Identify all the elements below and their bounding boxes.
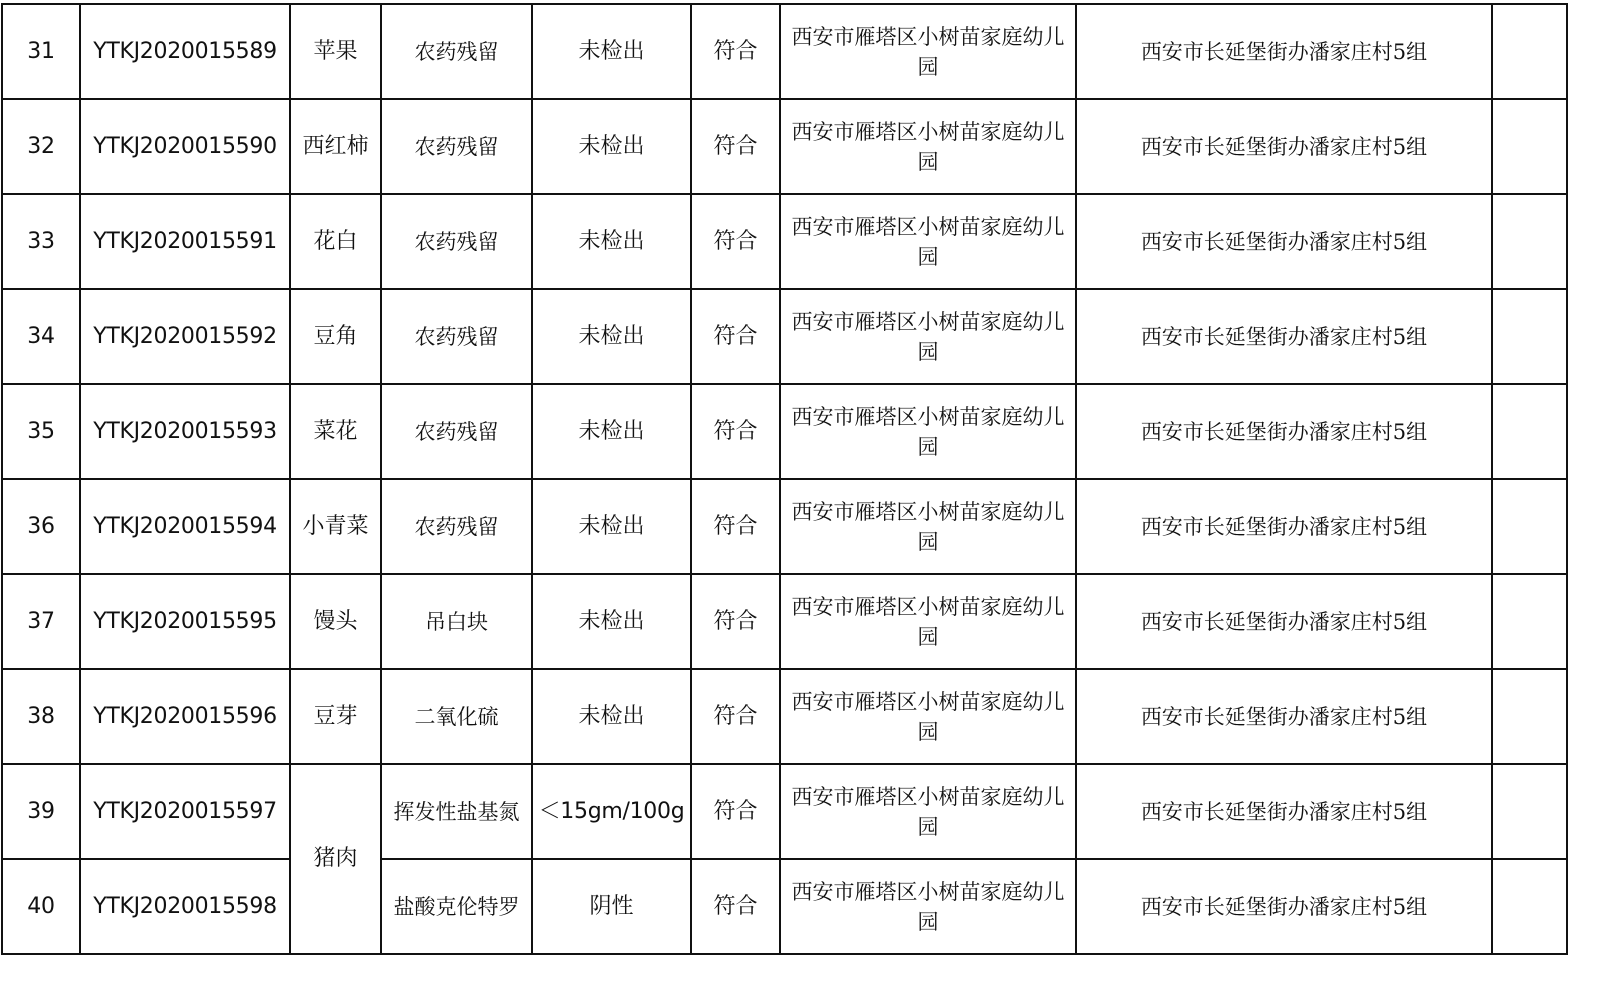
remark [1492, 99, 1567, 194]
row-number: 36 [2, 479, 80, 574]
judgment: 符合 [691, 4, 780, 99]
row-number: 37 [2, 574, 80, 669]
row-number: 39 [2, 764, 80, 859]
remark [1492, 384, 1567, 479]
sampled-unit: 西安市雁塔区小树苗家庭幼儿园 [780, 574, 1076, 669]
sampled-unit: 西安市雁塔区小树苗家庭幼儿园 [780, 764, 1076, 859]
unit-address: 西安市长延堡街办潘家庄村5组 [1076, 99, 1492, 194]
remark [1492, 479, 1567, 574]
sample-code: YTKJ2020015590 [80, 99, 290, 194]
sample-code: YTKJ2020015593 [80, 384, 290, 479]
remark [1492, 194, 1567, 289]
table-row: 40 YTKJ2020015598 盐酸克伦特罗 阴性 符合 西安市雁塔区小树苗… [2, 859, 1567, 954]
sampled-unit: 西安市雁塔区小树苗家庭幼儿园 [780, 194, 1076, 289]
row-number: 40 [2, 859, 80, 954]
table-row: 39 YTKJ2020015597 猪肉 挥发性盐基氮 ＜15gm/100g 符… [2, 764, 1567, 859]
judgment: 符合 [691, 669, 780, 764]
sampled-unit: 西安市雁塔区小树苗家庭幼儿园 [780, 859, 1076, 954]
judgment: 符合 [691, 764, 780, 859]
sample-name: 馒头 [290, 574, 381, 669]
sampled-unit: 西安市雁塔区小树苗家庭幼儿园 [780, 4, 1076, 99]
sample-code: YTKJ2020015597 [80, 764, 290, 859]
remark [1492, 574, 1567, 669]
table-row: 36 YTKJ2020015594 小青菜 农药残留 未检出 符合 西安市雁塔区… [2, 479, 1567, 574]
judgment: 符合 [691, 99, 780, 194]
judgment: 符合 [691, 384, 780, 479]
sample-code: YTKJ2020015594 [80, 479, 290, 574]
table-row: 34 YTKJ2020015592 豆角 农药残留 未检出 符合 西安市雁塔区小… [2, 289, 1567, 384]
sampled-unit: 西安市雁塔区小树苗家庭幼儿园 [780, 289, 1076, 384]
test-result: ＜15gm/100g [532, 764, 691, 859]
sample-code: YTKJ2020015592 [80, 289, 290, 384]
test-result: 未检出 [532, 384, 691, 479]
row-number: 33 [2, 194, 80, 289]
test-item: 盐酸克伦特罗 [381, 859, 532, 954]
remark [1492, 764, 1567, 859]
test-result: 未检出 [532, 4, 691, 99]
test-item: 挥发性盐基氮 [381, 764, 532, 859]
test-item: 二氧化硫 [381, 669, 532, 764]
row-number: 32 [2, 99, 80, 194]
unit-address: 西安市长延堡街办潘家庄村5组 [1076, 289, 1492, 384]
remark [1492, 289, 1567, 384]
judgment: 符合 [691, 574, 780, 669]
unit-address: 西安市长延堡街办潘家庄村5组 [1076, 194, 1492, 289]
judgment: 符合 [691, 479, 780, 574]
test-item: 农药残留 [381, 479, 532, 574]
sample-code: YTKJ2020015598 [80, 859, 290, 954]
sample-code: YTKJ2020015596 [80, 669, 290, 764]
test-item: 农药残留 [381, 4, 532, 99]
test-item: 农药残留 [381, 194, 532, 289]
table-row: 38 YTKJ2020015596 豆芽 二氧化硫 未检出 符合 西安市雁塔区小… [2, 669, 1567, 764]
remark [1492, 859, 1567, 954]
test-result: 未检出 [532, 99, 691, 194]
test-result: 未检出 [532, 669, 691, 764]
sample-name: 豆芽 [290, 669, 381, 764]
unit-address: 西安市长延堡街办潘家庄村5组 [1076, 669, 1492, 764]
judgment: 符合 [691, 289, 780, 384]
unit-address: 西安市长延堡街办潘家庄村5组 [1076, 574, 1492, 669]
unit-address: 西安市长延堡街办潘家庄村5组 [1076, 479, 1492, 574]
test-result: 未检出 [532, 574, 691, 669]
test-result: 未检出 [532, 194, 691, 289]
sample-name: 西红柿 [290, 99, 381, 194]
sample-code: YTKJ2020015589 [80, 4, 290, 99]
test-item: 农药残留 [381, 384, 532, 479]
table-row: 37 YTKJ2020015595 馒头 吊白块 未检出 符合 西安市雁塔区小树… [2, 574, 1567, 669]
judgment: 符合 [691, 859, 780, 954]
unit-address: 西安市长延堡街办潘家庄村5组 [1076, 859, 1492, 954]
table-row: 35 YTKJ2020015593 菜花 农药残留 未检出 符合 西安市雁塔区小… [2, 384, 1567, 479]
sample-name: 菜花 [290, 384, 381, 479]
table-row: 32 YTKJ2020015590 西红柿 农药残留 未检出 符合 西安市雁塔区… [2, 99, 1567, 194]
unit-address: 西安市长延堡街办潘家庄村5组 [1076, 764, 1492, 859]
remark [1492, 669, 1567, 764]
sampled-unit: 西安市雁塔区小树苗家庭幼儿园 [780, 384, 1076, 479]
test-item: 农药残留 [381, 289, 532, 384]
sample-name: 苹果 [290, 4, 381, 99]
test-result: 未检出 [532, 289, 691, 384]
test-item: 吊白块 [381, 574, 532, 669]
sample-code: YTKJ2020015591 [80, 194, 290, 289]
table-row: 31 YTKJ2020015589 苹果 农药残留 未检出 符合 西安市雁塔区小… [2, 4, 1567, 99]
sample-name: 豆角 [290, 289, 381, 384]
test-item: 农药残留 [381, 99, 532, 194]
sampled-unit: 西安市雁塔区小树苗家庭幼儿园 [780, 669, 1076, 764]
test-result: 未检出 [532, 479, 691, 574]
row-number: 38 [2, 669, 80, 764]
test-result: 阴性 [532, 859, 691, 954]
sampled-unit: 西安市雁塔区小树苗家庭幼儿园 [780, 479, 1076, 574]
sample-name: 猪肉 [290, 764, 381, 954]
row-number: 31 [2, 4, 80, 99]
sample-name: 花白 [290, 194, 381, 289]
sampled-unit: 西安市雁塔区小树苗家庭幼儿园 [780, 99, 1076, 194]
table-row: 33 YTKJ2020015591 花白 农药残留 未检出 符合 西安市雁塔区小… [2, 194, 1567, 289]
row-number: 35 [2, 384, 80, 479]
unit-address: 西安市长延堡街办潘家庄村5组 [1076, 4, 1492, 99]
judgment: 符合 [691, 194, 780, 289]
unit-address: 西安市长延堡街办潘家庄村5组 [1076, 384, 1492, 479]
sample-name: 小青菜 [290, 479, 381, 574]
sample-code: YTKJ2020015595 [80, 574, 290, 669]
row-number: 34 [2, 289, 80, 384]
inspection-results-table: 31 YTKJ2020015589 苹果 农药残留 未检出 符合 西安市雁塔区小… [1, 3, 1568, 955]
remark [1492, 4, 1567, 99]
